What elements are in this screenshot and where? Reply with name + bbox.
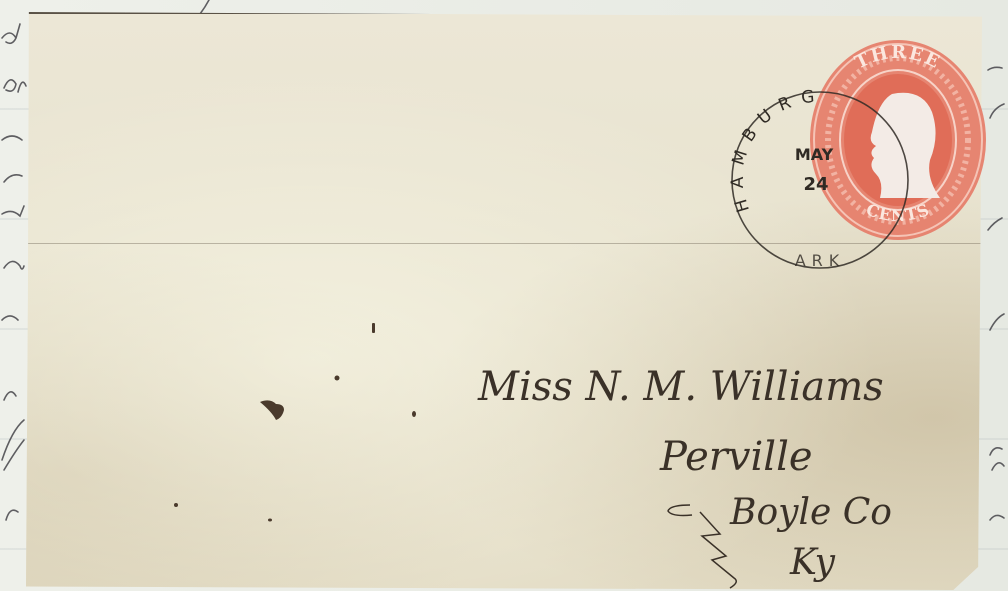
address-line-county: Boyle Co (729, 492, 892, 533)
ink-specks (174, 323, 416, 522)
postmark-state: ARK (795, 251, 846, 270)
address-line-town: Perville (659, 434, 813, 480)
address: Miss N. M. Williams Perville Boyle Co Ky (477, 364, 892, 583)
address-line-state: Ky (789, 542, 836, 583)
postmark-day: 24 (803, 174, 828, 195)
address-flourish (668, 505, 736, 588)
address-line-name: Miss N. M. Williams (477, 364, 884, 410)
envelope-markings: THREE CENTS HAMBURG MAY 24 ARK Miss N. M… (0, 0, 1008, 591)
postmark-month: MAY (795, 145, 834, 164)
